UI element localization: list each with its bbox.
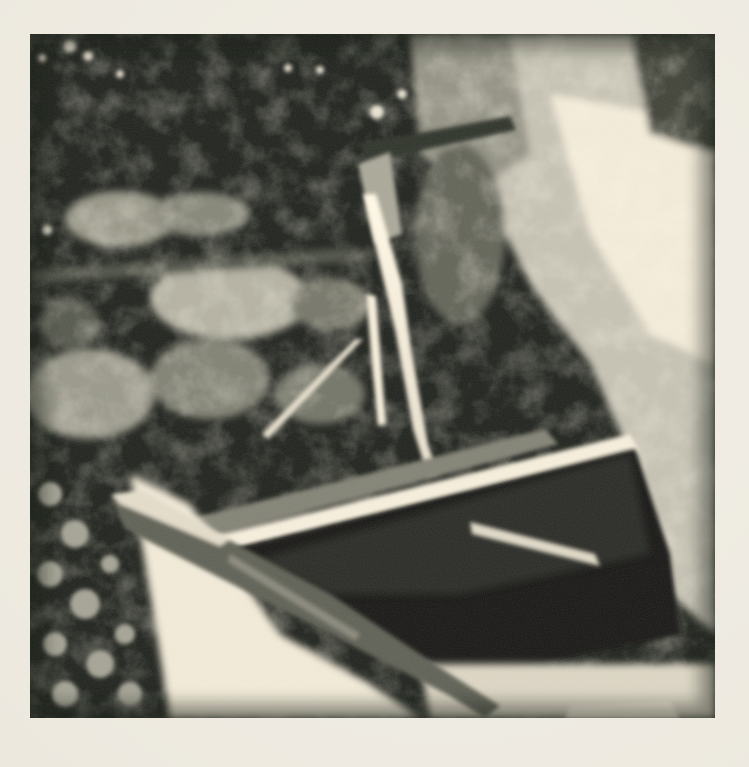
photograph xyxy=(30,34,715,718)
film-grain xyxy=(30,34,715,718)
